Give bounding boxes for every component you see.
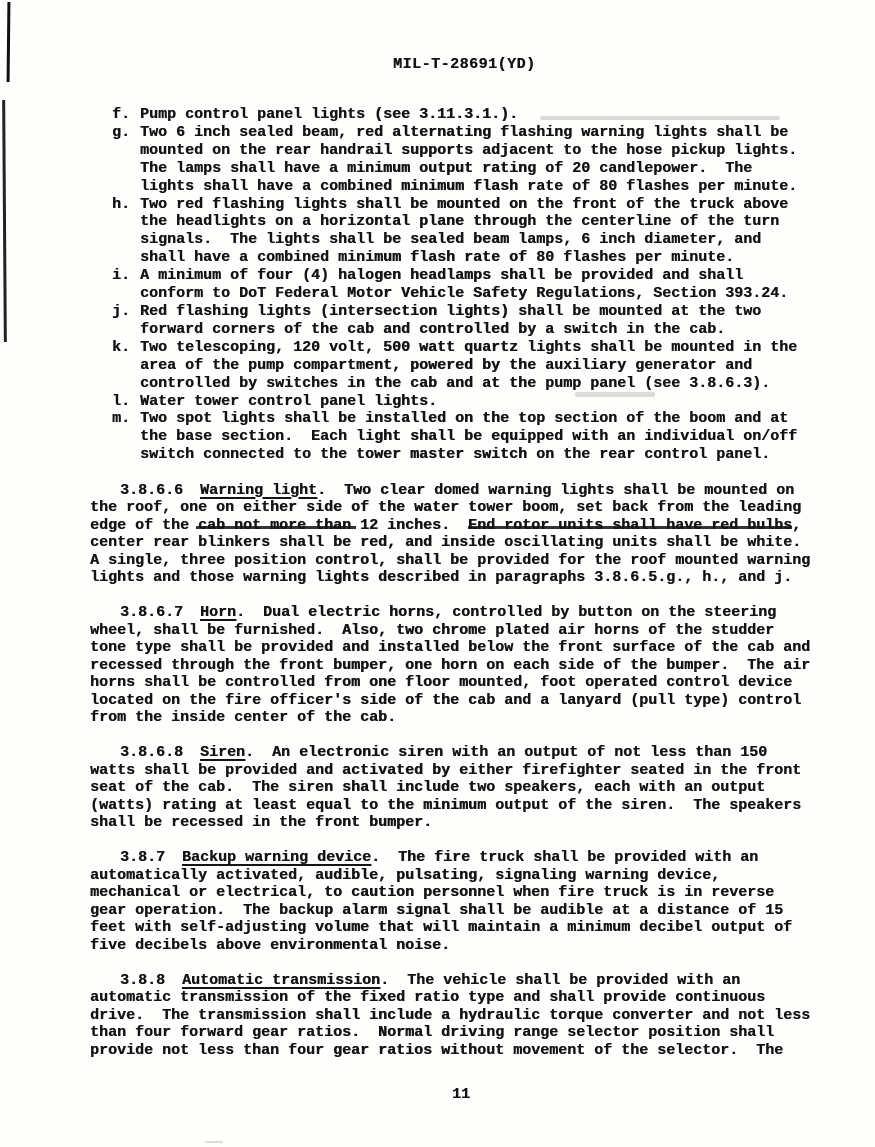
- section-number: 3.8.7: [120, 849, 165, 866]
- section-number: 3.8.6.7: [120, 604, 183, 621]
- list-item: m.Two spot lights shall be installed on …: [112, 410, 875, 464]
- section-paragraph: 3.8.7Backup warning device. The fire tru…: [90, 849, 832, 954]
- list-item-text: Two telescoping, 120 volt, 500 watt quar…: [140, 339, 797, 393]
- list-item: j.Red flashing lights (intersection ligh…: [112, 303, 875, 339]
- list-item-text: Two red flashing lights shall be mounted…: [140, 196, 788, 268]
- sections: 3.8.6.6Warning light. Two clear domed wa…: [90, 482, 832, 1060]
- list-item: f.Pump control panel lights (see 3.11.3.…: [112, 106, 875, 124]
- list-item-letter: m.: [112, 410, 140, 464]
- list-item-letter: k.: [112, 339, 140, 393]
- section-heading: Warning light: [200, 482, 317, 499]
- list-item-text: Two spot lights shall be installed on th…: [140, 410, 797, 464]
- section-body: . An electronic siren with an output of …: [90, 744, 801, 831]
- section-paragraph: 3.8.6.6Warning light. Two clear domed wa…: [90, 482, 832, 587]
- section-paragraph: 3.8.6.7Horn. Dual electric horns, contro…: [90, 604, 832, 727]
- scan-smudge: [205, 1141, 223, 1143]
- section-heading: Horn: [200, 604, 236, 621]
- list-item: h.Two red flashing lights shall be mount…: [112, 196, 875, 268]
- list-item-text: Pump control panel lights (see 3.11.3.1.…: [140, 106, 518, 124]
- section-paragraph: 3.8.8Automatic transmission. The vehicle…: [90, 972, 832, 1060]
- list-item-letter: h.: [112, 196, 140, 268]
- list-item-letter: i.: [112, 267, 140, 303]
- section-heading: Automatic transmission: [182, 972, 380, 989]
- list-item-text: Water tower control panel lights.: [140, 393, 437, 411]
- list-item-text: Two 6 inch sealed beam, red alternating …: [140, 124, 797, 196]
- section-number: 3.8.6.6: [120, 482, 183, 499]
- list-item: k.Two telescoping, 120 volt, 500 watt qu…: [112, 339, 875, 393]
- section-number: 3.8.8: [120, 972, 165, 989]
- section-body: . Dual electric horns, controlled by but…: [90, 604, 810, 726]
- section-paragraph: 3.8.6.8Siren. An electronic siren with a…: [90, 744, 832, 832]
- document-header-title: MIL-T-28691(YD): [393, 56, 536, 73]
- list-item: i.A minimum of four (4) halogen headlamp…: [112, 267, 875, 303]
- list-item-text: A minimum of four (4) halogen headlamps …: [140, 267, 788, 303]
- list-item-text: Red flashing lights (intersection lights…: [140, 303, 761, 339]
- list-item: l.Water tower control panel lights.: [112, 393, 875, 411]
- section-number: 3.8.6.8: [120, 744, 183, 761]
- lettered-list: f.Pump control panel lights (see 3.11.3.…: [112, 106, 875, 464]
- page-number: 11: [452, 1086, 470, 1103]
- list-item-letter: l.: [112, 393, 140, 411]
- section-heading: Siren: [200, 744, 245, 761]
- list-item-letter: g.: [112, 124, 140, 196]
- section-heading: Backup warning device: [182, 849, 371, 866]
- list-item: g.Two 6 inch sealed beam, red alternatin…: [112, 124, 875, 196]
- list-item-letter: j.: [112, 303, 140, 339]
- document-body: f.Pump control panel lights (see 3.11.3.…: [0, 106, 875, 1059]
- list-item-letter: f.: [112, 106, 140, 124]
- scan-edge-line-artifact-top: [7, 2, 11, 82]
- section-body: . Two clear domed warning lights shall b…: [90, 482, 810, 587]
- scanned-document-page: MIL-T-28691(YD) f.Pump control panel lig…: [0, 0, 875, 1147]
